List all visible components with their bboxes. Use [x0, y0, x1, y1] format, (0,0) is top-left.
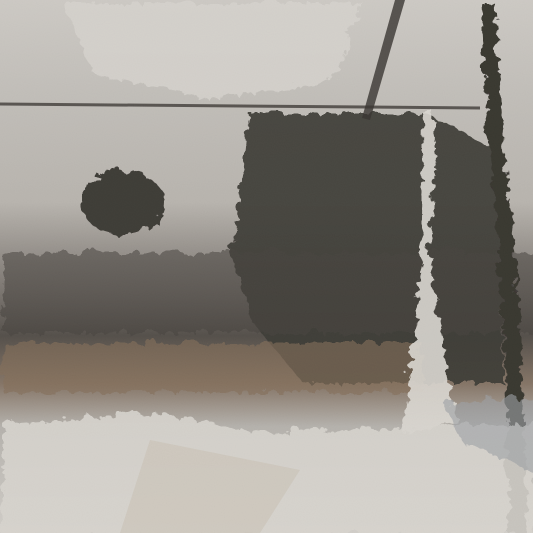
abstract-artwork: [0, 0, 533, 533]
artwork-layers: [0, 0, 533, 533]
